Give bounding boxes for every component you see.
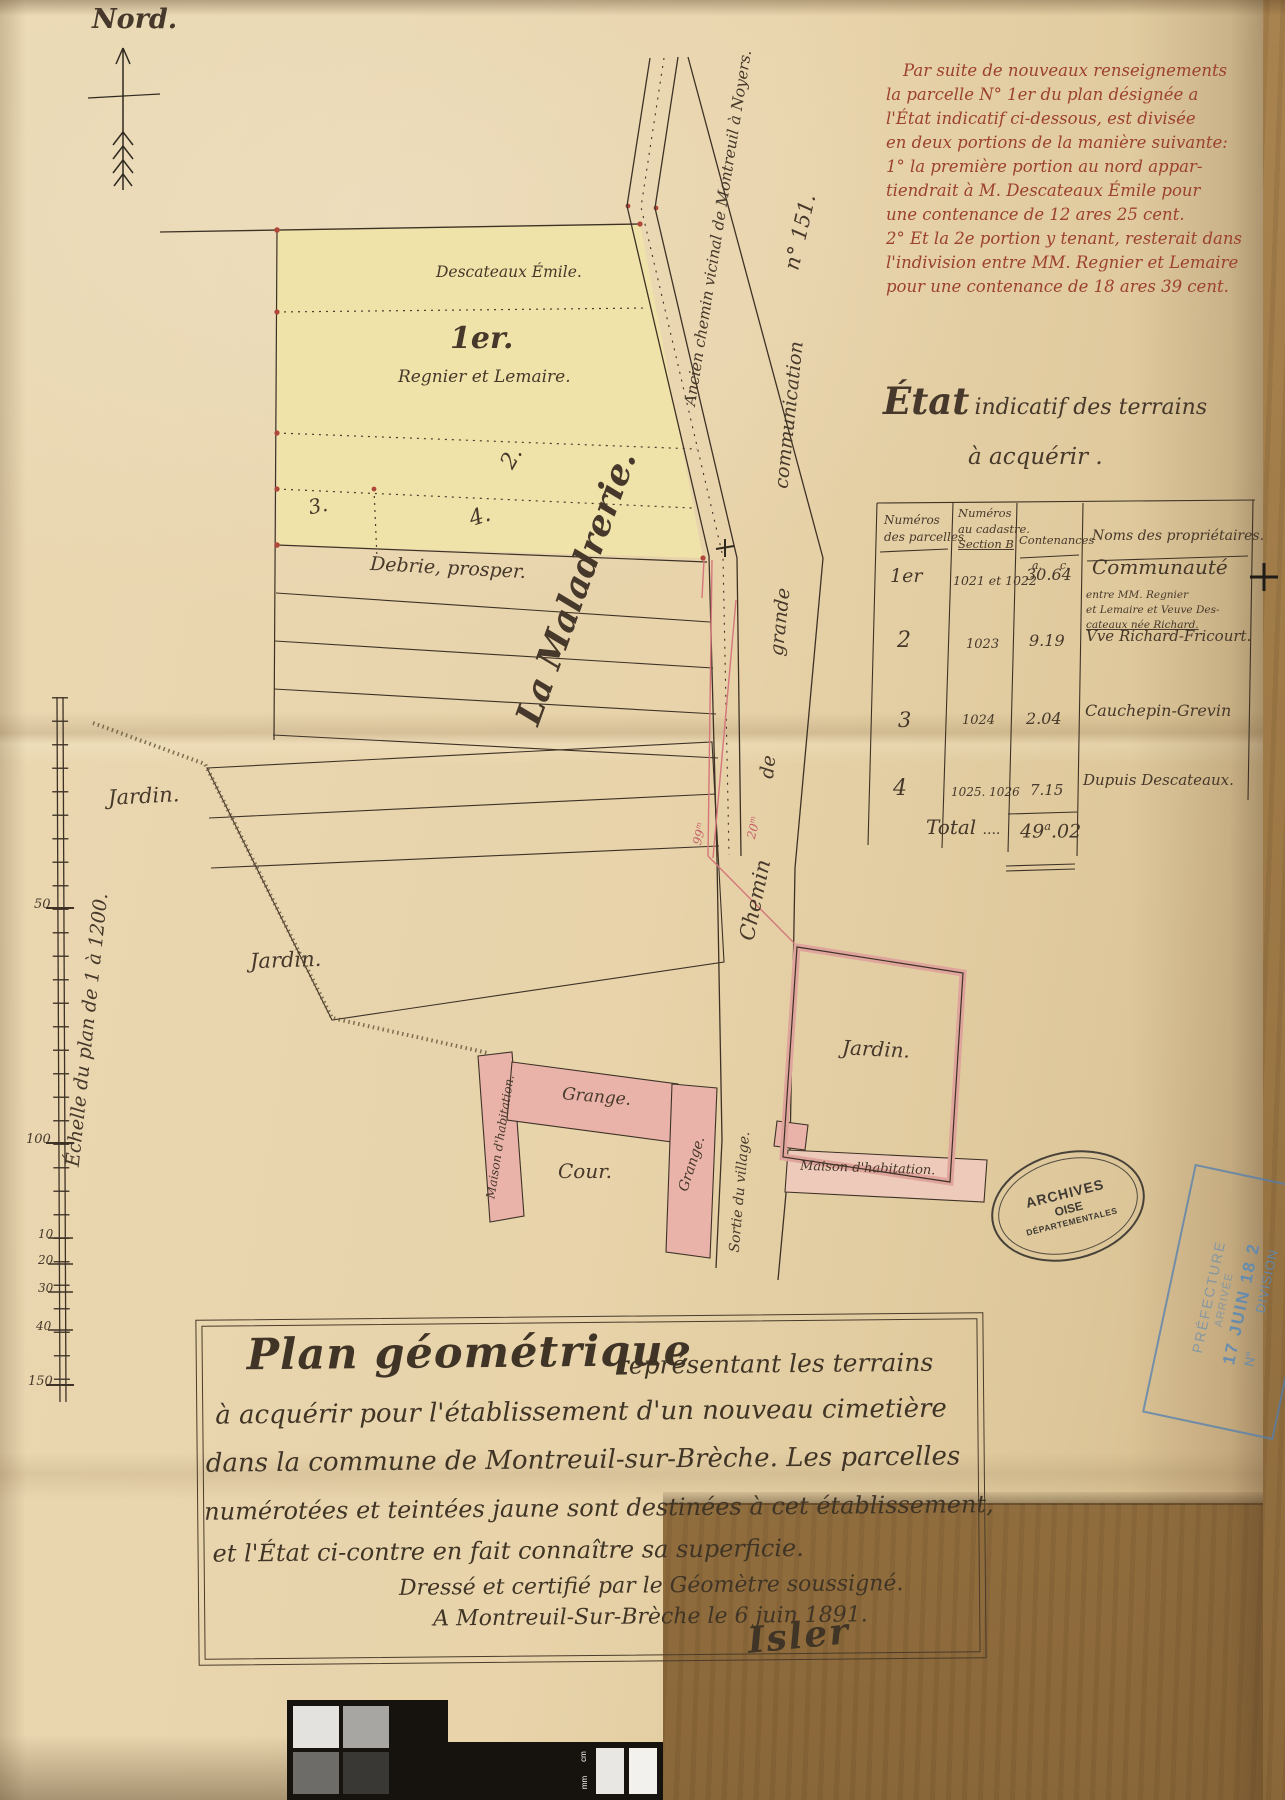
note-line: 1° la première portion au nord appar-	[886, 158, 1202, 177]
scale-title: Échelle du plan de 1 à 1200.	[63, 892, 113, 1168]
extra-line: entre MM. Regnier	[1086, 588, 1220, 603]
cell-proprietaire-1: Communauté	[1092, 556, 1228, 579]
cell-parcelle-1: 1er	[890, 566, 922, 588]
note-line: tiendrait à M. Descateaux Émile pour	[886, 182, 1200, 201]
measure-value: 99	[690, 828, 707, 846]
caption-title-rest: représentant les terrains	[617, 1348, 934, 1380]
jardin-label-1: Jardin.	[107, 782, 180, 810]
caption-line6: Dressé et certifié par le Géomètre souss…	[399, 1571, 904, 1601]
etat-title-word: État	[883, 379, 969, 423]
maison1-label: Maison d'habitation.	[484, 1074, 517, 1200]
cell-contenance-2: 9.19	[1029, 632, 1065, 650]
road-communication-label: communication	[771, 340, 808, 490]
archives-stamp-inner-ring	[988, 1143, 1149, 1269]
total-value: 49a.02	[1020, 820, 1081, 843]
prefecture-stamp-n: N°	[1241, 1350, 1259, 1367]
caption-signature: Isler	[746, 1610, 852, 1662]
note-line: l'indivision entre MM. Regnier et Lemair…	[886, 254, 1238, 273]
etat-title: État indicatif des terrains	[883, 380, 1207, 423]
parcel-num3: 3.	[306, 493, 329, 519]
scale-mark-50: 50	[34, 898, 51, 913]
measure-20m: 20m	[744, 815, 764, 840]
archives-stamp: ARCHIVES OISE DÉPARTEMENTALES	[979, 1135, 1156, 1278]
th-proprietaires: Noms des propriétaires.	[1092, 528, 1264, 544]
parcel-num2: 2.	[496, 443, 528, 474]
note-line: la parcelle N° 1er du plan désignée a	[886, 86, 1198, 105]
th-contenances: Contenances	[1019, 534, 1094, 547]
cell-cadastre-1: 1021 et 1022	[953, 574, 1037, 588]
th-line: Numéros	[884, 512, 964, 529]
cell-proprietaire-3: Cauchepin-Grevin	[1085, 702, 1231, 720]
cell-cadastre-3: 1024	[962, 714, 995, 729]
total-dots: ....	[983, 822, 1001, 838]
measure-value: 20	[744, 822, 761, 840]
total-word: Total	[926, 815, 976, 839]
white-patch-1	[596, 1748, 624, 1794]
cell-parcelle-2: 2	[897, 628, 911, 653]
cour-label: Cour.	[558, 1160, 612, 1183]
gray-patch-4	[343, 1752, 389, 1794]
scale-mark-100: 100	[26, 1133, 51, 1148]
gray-patch-3	[293, 1752, 339, 1794]
note-line: Par suite de nouveaux renseignements	[903, 62, 1227, 81]
parcel-num1: 1er.	[450, 322, 513, 357]
scale-mark-150: 150	[28, 1375, 53, 1390]
parcel-owner1: Regnier et Lemaire.	[398, 368, 571, 388]
ruler-unit-mm: mm	[580, 1776, 589, 1789]
labels-layer: Nord. Par suite de nouveaux renseignemen…	[0, 0, 1285, 1800]
cell-contenance-4: 7.15	[1030, 782, 1063, 799]
cell-parcelle-4: 4	[893, 776, 907, 801]
cell-proprietaire-2: Vve Richard-Fricourt.	[1086, 628, 1251, 645]
measure-99m: 99m	[690, 821, 710, 846]
caption-line5: et l'État ci-contre en fait connaître sa…	[212, 1534, 803, 1568]
parcel-num4: 4.	[466, 502, 494, 533]
etat-title-rest: indicatif des terrains	[974, 395, 1207, 420]
cell-cadastre-2: 1023	[966, 638, 999, 653]
road-n151-label: n° 151.	[780, 192, 821, 273]
note-line: pour une contenance de 18 ares 39 cent.	[886, 278, 1229, 297]
note-line: 2° Et la 2e portion y tenant, resterait …	[886, 230, 1242, 249]
north-label: Nord.	[92, 4, 177, 35]
cell-parcelle-3: 3	[898, 708, 911, 732]
jardin-label-3: Jardin.	[841, 1036, 910, 1063]
gray-patch-2	[343, 1706, 389, 1748]
ruler-unit-cm: cm	[579, 1751, 588, 1762]
parcel-owner-below: Debrie, prosper.	[370, 554, 527, 584]
road-chemin-label: Chemin	[735, 857, 776, 942]
parcel-owner-top: Descateaux Émile.	[436, 264, 582, 282]
note-line: en deux portions de la manière suivante:	[886, 134, 1228, 153]
th-line: Numéros	[958, 506, 1030, 522]
extra-line: et Lemaire et Veuve Des-	[1086, 603, 1220, 618]
note-line: l'État indicatif ci-dessous, est divisée	[886, 110, 1196, 129]
th-parcelles: Numéros des parcelles	[884, 512, 964, 546]
total-int: 49	[1020, 820, 1044, 842]
th-line: des parcelles	[884, 529, 964, 546]
etat-subtitle: à acquérir .	[968, 444, 1103, 470]
maison2-label: Maison d'habitation.	[800, 1160, 936, 1180]
grange2-label: Grange.	[676, 1134, 709, 1193]
total-sup: a	[1044, 819, 1051, 833]
road-ancien-label: Ancien chemin vicinal de Montreuil à Noy…	[682, 49, 756, 407]
cell-cadastre-4: 1025. 1026	[951, 786, 1020, 800]
scale-mark-40: 40	[36, 1320, 51, 1334]
lieu-dit-label: La Maladrerie.	[509, 446, 645, 731]
gray-patch-1	[293, 1706, 339, 1748]
total-label: Total ....	[926, 816, 1000, 839]
road-grande-label: grande	[767, 587, 796, 657]
caption-box: Plan géométrique représentant les terrai…	[195, 1312, 986, 1666]
road-de-label: de	[757, 754, 781, 780]
road-sortie-label: Sortie du village.	[727, 1131, 754, 1253]
white-patch-2	[629, 1748, 657, 1794]
scale-mark-30: 30	[38, 1282, 53, 1296]
scale-mark-20: 20	[38, 1254, 53, 1268]
cell-contenance-1: 30.64	[1026, 566, 1072, 584]
note-line: une contenance de 12 ares 25 cent.	[886, 206, 1185, 225]
grange1-label: Grange.	[561, 1085, 632, 1110]
jardin-label-2: Jardin.	[250, 947, 322, 974]
prefecture-stamp: PRÉFECTURE ARRIVÉE 17 JUIN 18 2 N° DIVIS…	[1142, 1164, 1285, 1440]
cell-proprietaire-4: Dupuis Descateaux.	[1083, 772, 1234, 789]
scale-mark-10: 10	[38, 1228, 53, 1242]
cell-contenance-3: 2.04	[1026, 710, 1062, 728]
total-frac: .02	[1051, 820, 1081, 842]
